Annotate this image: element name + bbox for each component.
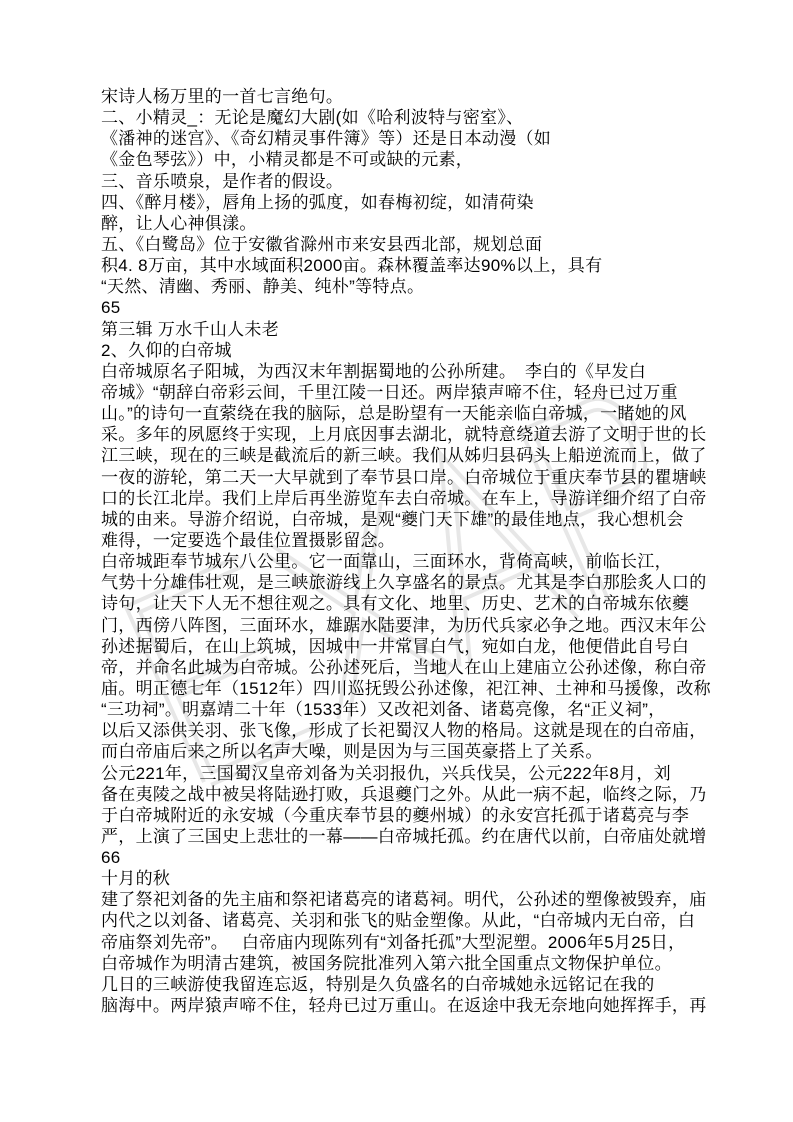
text-line: “天然、清幽、秀丽、静美、纯朴”等特点。 xyxy=(101,276,701,297)
text-line: 脑海中。两岸猿声啼不住，轻舟已过万重山。在返途中我无奈地向她挥挥手，再 xyxy=(101,995,701,1016)
text-line: 三、音乐喷泉，是作者的假设。 xyxy=(101,171,701,192)
text-line: 以后又添供关羽、张飞像，形成了长祀蜀汉人物的格局。这就是现在的白帝庙， xyxy=(101,720,701,741)
text-line: 孙述据蜀后，在山上筑城，因城中一井常冒白气，宛如白龙，他便借此自号白 xyxy=(101,636,701,657)
document-page: 宋诗人杨万里的一首七言绝句。 二、小精灵_：无论是魔幻大剧(如《哈利波特与密室》… xyxy=(0,0,793,1122)
text-line: 江三峡，现在的三峡是截流后的新三峡。我们从姊归县码头上船逆流而上，做了 xyxy=(101,445,701,466)
text-line: 城的由来。导游介绍说，白帝城，是观“夔门天下雄”的最佳地点，我心想机会 xyxy=(101,509,701,530)
text-line: 山。”的诗句一直萦绕在我的脑际，总是盼望有一天能亲临白帝城，一睹她的风 xyxy=(101,403,701,424)
text-line: 难得，一定要选个最佳位置摄影留念。 xyxy=(101,530,701,551)
text-line: 白帝城距奉节城东八公里。它一面靠山，三面环水，背倚高峡，前临长江， xyxy=(101,551,701,572)
text-line: 醉，让人心神俱漾。 xyxy=(101,213,701,234)
section-heading-line: 第三辑 万水千山人未老 xyxy=(101,319,701,340)
text-line: 白帝城作为明清古建筑，被国务院批准列入第六批全国重点文物保护单位。 xyxy=(101,953,701,974)
text-line: 四、《醉月楼》，唇角上扬的弧度，如春梅初绽，如清荷染 xyxy=(101,192,701,213)
text-line: 宋诗人杨万里的一首七言绝句。 xyxy=(101,86,701,107)
text-line: 积4. 8万亩，其中水域面积2000亩。森林覆盖率达90%以上，具有 xyxy=(101,255,701,276)
text-line: 《金色琴弦》）中，小精灵都是不可或缺的元素， xyxy=(101,149,701,170)
text-line: 帝城》“朝辞白帝彩云间，千里江陵一日还。两岸猿声啼不住，轻舟已过万重 xyxy=(101,382,701,403)
text-line: 气势十分雄伟壮观，是三峡旅游线上久享盛名的景点。尤其是李白那脍炙人口的 xyxy=(101,572,701,593)
text-line: 诗句，让天下人无不想往观之。具有文化、地里、历史、艺术的白帝城东依夔 xyxy=(101,593,701,614)
text-line: 一夜的游轮，第二天一大早就到了奉节县口岸。白帝城位于重庆奉节县的瞿塘峡 xyxy=(101,467,701,488)
text-line: 帝庙祭刘先帝”。 白帝庙内现陈列有“刘备托孤”大型泥塑。2006年5月25日， xyxy=(101,932,701,953)
chapter-heading-line: 2、久仰的白帝城 xyxy=(101,340,701,361)
text-line: 公元221年，三国蜀汉皇帝刘备为关羽报仇，兴兵伐吴，公元222年8月，刘 xyxy=(101,763,701,784)
text-line: 二、小精灵_：无论是魔幻大剧(如《哈利波特与密室》、 xyxy=(101,107,701,128)
text-line: 十月的秋 xyxy=(101,868,701,889)
text-line: 于白帝城附近的永安城（今重庆奉节县的夔州城）的永安宫托孤于诸葛亮与李 xyxy=(101,805,701,826)
text-line: 内代之以刘备、诸葛亮、关羽和张飞的贴金塑像。从此，“白帝城内无白帝，白 xyxy=(101,910,701,931)
text-line: “三功祠”。明嘉靖二十年（1533年）又改祀刘备、诸葛亮像，名“正义祠”， xyxy=(101,699,701,720)
text-line: 采。多年的夙愿终于实现，上月底因事去湖北，就特意绕道去游了文明于世的长 xyxy=(101,424,701,445)
page-number-line: 65 xyxy=(101,297,701,318)
text-line: 而白帝庙后来之所以名声大噪，则是因为与三国英豪搭上了关系。 xyxy=(101,741,701,762)
text-line: 白帝城原名子阳城，为西汉末年割据蜀地的公孙所建。 李白的《早发白 xyxy=(101,361,701,382)
text-line: 门，西傍八阵图，三面环水，雄踞水陆要津，为历代兵家必争之地。西汉末年公 xyxy=(101,615,701,636)
text-line: 五、《白鹭岛》位于安徽省滁州市来安县西北部，规划总面 xyxy=(101,234,701,255)
text-line: 《潘神的迷宫》、《奇幻精灵事件簿》等）还是日本动漫（如 xyxy=(101,128,701,149)
text-block: 宋诗人杨万里的一首七言绝句。 二、小精灵_：无论是魔幻大剧(如《哈利波特与密室》… xyxy=(101,86,701,1016)
text-line: 严，上演了三国史上悲壮的一幕——白帝城托孤。约在唐代以前，白帝庙处就增 xyxy=(101,826,701,847)
text-line: 口的长江北岸。我们上岸后再坐游览车去白帝城。在车上，导游详细介绍了白帝 xyxy=(101,488,701,509)
text-line: 建了祭祀刘备的先主庙和祭祀诸葛亮的诸葛祠。明代，公孙述的塑像被毁弃，庙 xyxy=(101,889,701,910)
text-line: 庙。明正德七年（1512年）四川巡抚毁公孙述像，祀江神、土神和马援像，改称 xyxy=(101,678,701,699)
text-line: 帝，并命名此城为白帝城。公孙述死后，当地人在山上建庙立公孙述像，称白帝 xyxy=(101,657,701,678)
text-line: 备在夷陵之战中被吴将陆逊打败，兵退夔门之外。从此一病不起，临终之际，乃 xyxy=(101,784,701,805)
text-line: 几日的三峡游使我留连忘返，特别是久负盛名的白帝城她永远铭记在我的 xyxy=(101,974,701,995)
page-number-line: 66 xyxy=(101,847,701,868)
